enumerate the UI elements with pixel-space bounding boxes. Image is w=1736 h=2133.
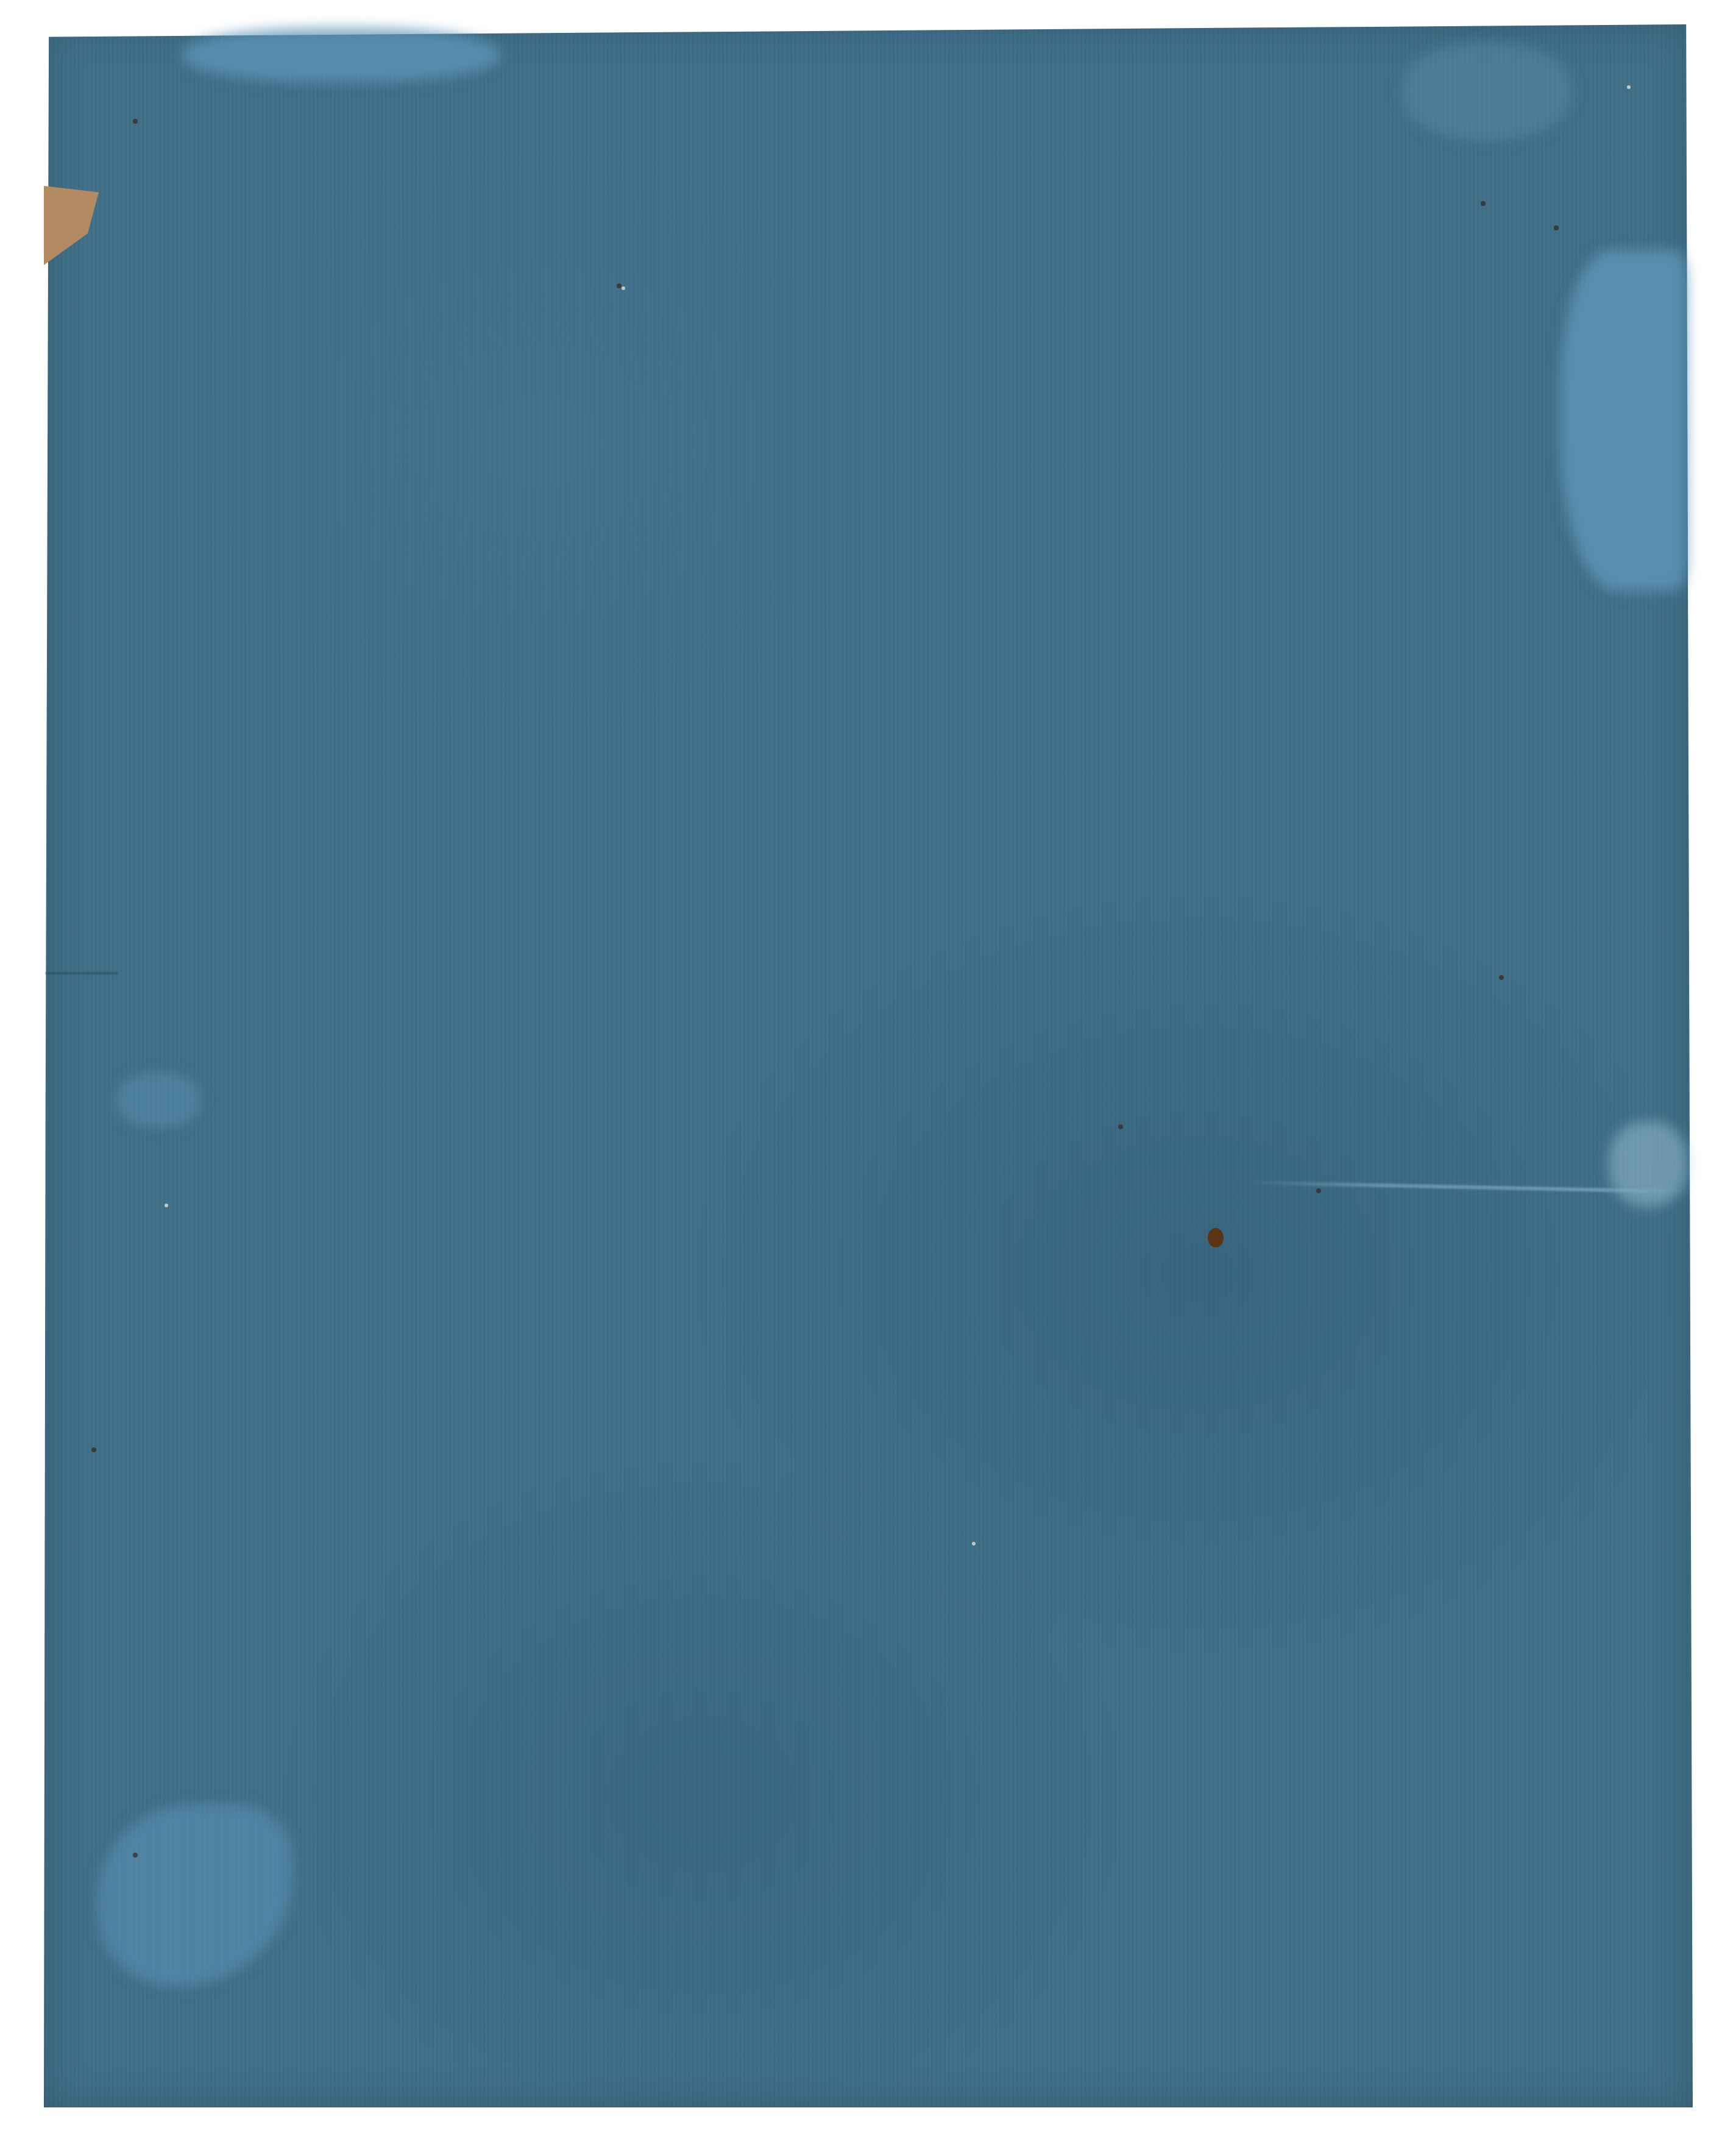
light-worn-area-top [183,27,500,82]
speck [91,1447,96,1452]
speck [1499,975,1504,980]
speck [1554,225,1559,230]
light-worn-area-left [116,1073,201,1127]
light-speck [622,286,625,290]
light-worn-area-right-crease [1609,1121,1688,1207]
speck [617,283,622,288]
light-worn-area-top-right [1401,43,1572,140]
light-speck [1627,85,1631,89]
speck [1316,1188,1321,1193]
blue-paper-sheet [44,24,1693,2107]
speck [1481,201,1486,206]
speck [133,119,138,124]
speck [133,1853,138,1858]
left-edge-crease [45,972,118,974]
light-speck [972,1542,976,1546]
brown-spot [1208,1228,1224,1248]
speck [1118,1124,1123,1129]
light-speck [165,1204,168,1207]
light-worn-area-right [1560,250,1688,591]
